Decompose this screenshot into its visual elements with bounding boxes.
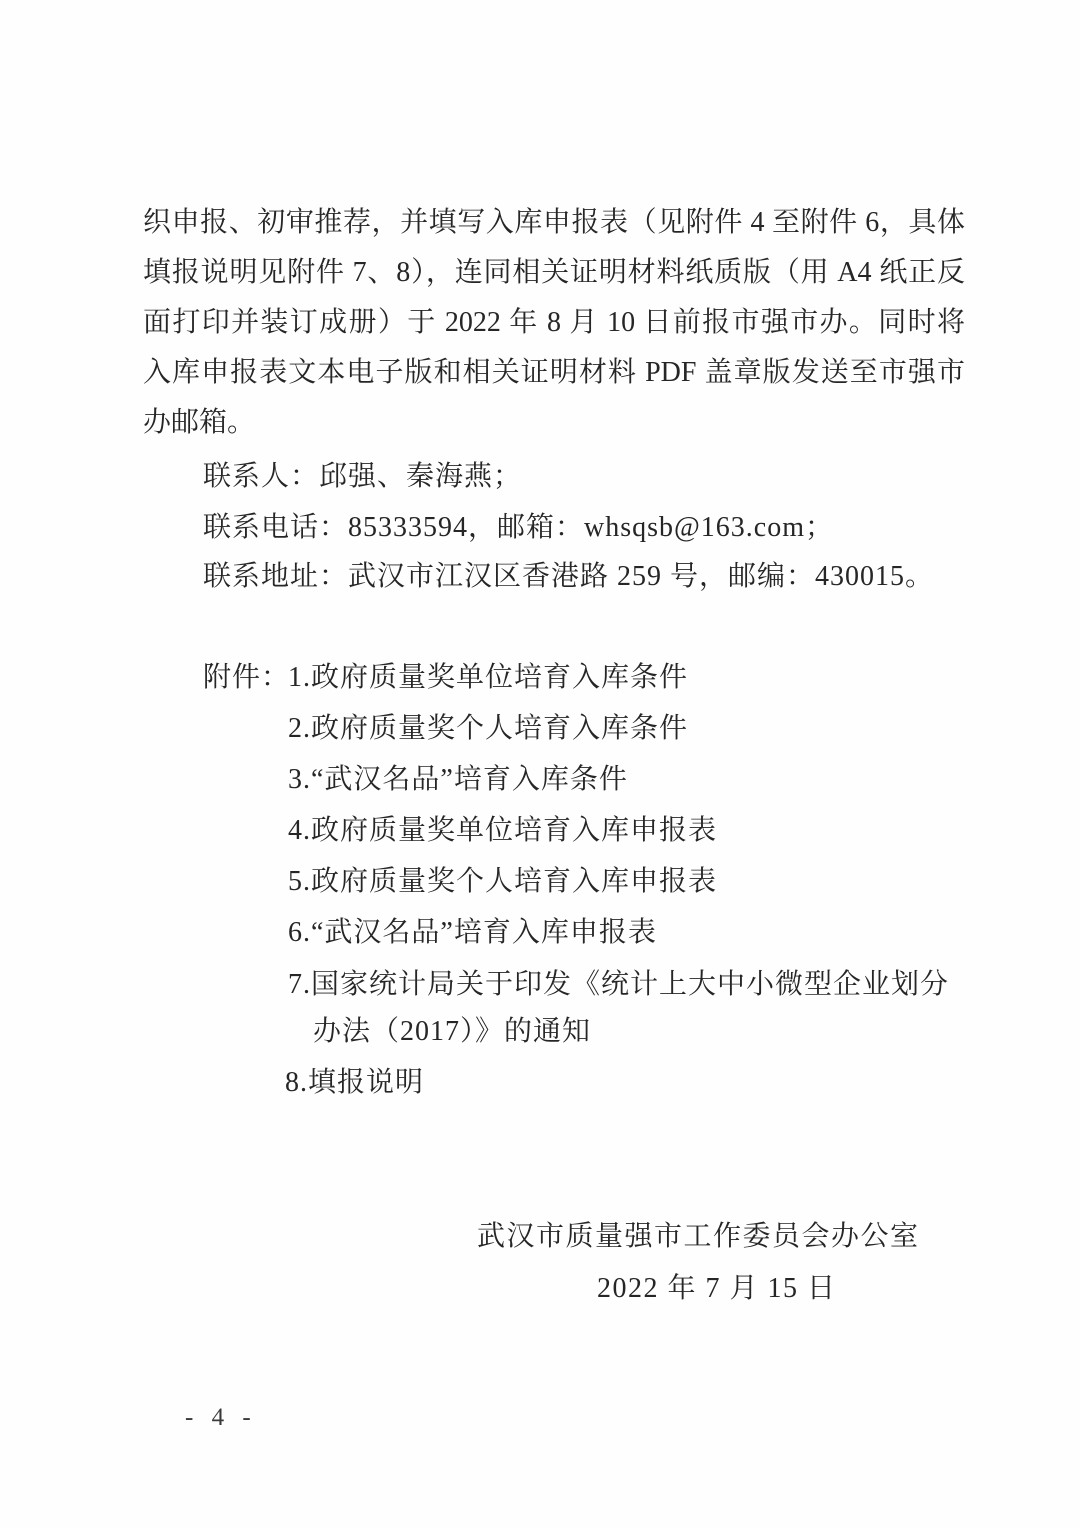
body-line-2: 填报说明见附件 7、8），连同相关证明材料纸质版（用 A4 纸正反 (143, 248, 965, 298)
contact-phone: 联系电话：85333594，邮箱：whsqsb@163.com； (203, 503, 834, 553)
attachment-item-4: 4.政府质量奖单位培育入库申报表 (288, 806, 717, 856)
body-line-4: 入库申报表文本电子版和相关证明材料 PDF 盖章版发送至市强市 (143, 348, 965, 398)
body-line-3: 面打印并装订成册）于 2022 年 8 月 10 日前报市强市办。同时将 (143, 298, 965, 348)
signature-org: 武汉市质量强市工作委员会办公室 (477, 1212, 920, 1262)
attachment-item-8: 8.填报说明 (285, 1058, 424, 1108)
attachment-item-2: 2.政府质量奖个人培育入库条件 (288, 704, 688, 754)
attachment-item-7: 7.国家统计局关于印发《统计上大中小微型企业划分 (288, 960, 949, 1010)
contact-address: 联系地址：武汉市江汉区香港路 259 号，邮编：430015。 (203, 552, 934, 602)
attachment-item-6: 6.“武汉名品”培育入库申报表 (288, 908, 657, 958)
signature-date: 2022 年 7 月 15 日 (597, 1264, 837, 1314)
body-line-1: 织申报、初审推荐，并填写入库申报表（见附件 4 至附件 6，具体 (143, 198, 965, 248)
page-number: - 4 - (185, 1398, 257, 1438)
attachments-label: 附件： (203, 653, 290, 703)
document-page: 织申报、初审推荐，并填写入库申报表（见附件 4 至附件 6，具体 填报说明见附件… (0, 0, 1080, 1527)
attachment-item-7-continuation: 办法（2017）》的通知 (313, 1007, 591, 1057)
attachment-item-3: 3.“武汉名品”培育入库条件 (288, 755, 628, 805)
body-line-5: 办邮箱。 (143, 398, 965, 448)
attachment-item-1: 1.政府质量奖单位培育入库条件 (288, 653, 688, 703)
contact-person: 联系人：邱强、秦海燕； (203, 452, 522, 502)
attachment-item-5: 5.政府质量奖个人培育入库申报表 (288, 857, 717, 907)
